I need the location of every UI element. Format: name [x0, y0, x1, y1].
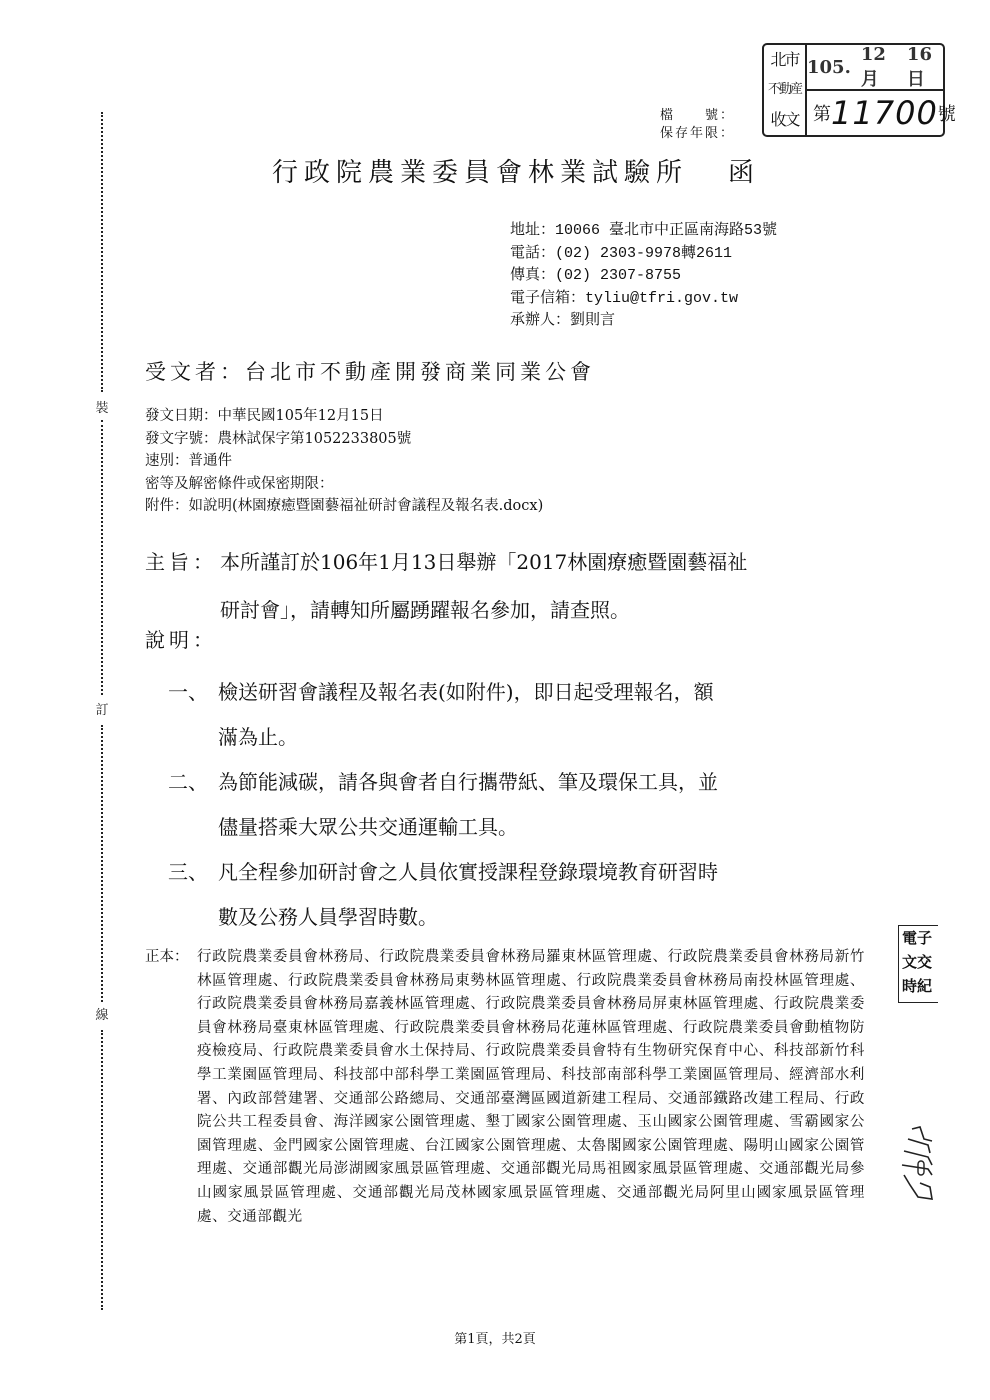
subject-line2: 研討會」，請轉知所屬踴躍報名參加，請查照。 — [145, 586, 865, 634]
electronic-doc-stamp: 電子 文交 時紀 — [898, 925, 938, 1003]
list-item: 一、檢送研習會議程及報名表(如附件)，即日起受理報名，額 滿為止。 — [168, 670, 868, 760]
stamp-date: 105. 12月 16日 — [807, 45, 943, 91]
document-type: 函 — [728, 158, 760, 188]
binding-char-zhuang: 裝 — [88, 397, 116, 416]
stamp-number-value: 11700 — [831, 94, 938, 132]
seal-icon — [898, 1125, 938, 1205]
item-number: 三、 — [168, 850, 218, 895]
attachment: 附件：如說明(林園療癒暨園藝福祉研討會議程及報名表.docx) — [145, 495, 543, 518]
stamp-organization: 北市 不動産 收文 — [764, 45, 807, 135]
subject-section: 主旨：本所謹訂於106年1月13日舉辦「2017林園療癒暨園藝福祉 研討會」，請… — [145, 538, 865, 634]
copies-label: 正本： — [145, 946, 197, 970]
stamp-receipt-number: 第 11700 號 — [807, 91, 943, 135]
receipt-stamp: 北市 不動産 收文 105. 12月 16日 第 11700 號 — [762, 43, 945, 137]
stamp-org-line1: 北市 — [764, 45, 805, 75]
issuing-agency: 行政院農業委員會林業試驗所 — [272, 158, 688, 188]
list-item: 二、為節能減碳，請各與會者自行攜帶紙、筆及環保工具，並 儘量搭乘大眾公共交通運輸… — [168, 760, 868, 850]
file-number-label: 檔 號： — [660, 104, 735, 123]
binding-line — [101, 112, 103, 392]
contact-email[interactable]: 電子信箱：tyliu@tfri.gov.tw — [510, 288, 777, 311]
edge-stamp-char: 電 — [902, 929, 917, 947]
stamp-date-year: 105. — [807, 57, 851, 78]
explanation-label: 說明： — [145, 624, 217, 653]
item-line2: 儘量搭乘大眾公共交通運輸工具。 — [168, 805, 868, 850]
delivery-speed: 速別：普通件 — [145, 450, 543, 473]
subject-label: 主旨： — [145, 538, 220, 586]
stamp-number-suffix: 號 — [938, 100, 956, 126]
item-line1: 為節能減碳，請各與會者自行攜帶紙、筆及環保工具，並 — [218, 770, 718, 794]
contact-phone: 電話：(02) 2303-9978轉2611 — [510, 243, 777, 266]
subject-line1: 本所謹訂於106年1月13日舉辦「2017林園療癒暨園藝福祉 — [220, 550, 747, 574]
recipient-name: 台北市不動產開發商業同業公會 — [245, 360, 595, 384]
copies-list: 行政院農業委員會林務局、行政院農業委員會林務局羅東林區管理處、行政院農業委員會林… — [197, 946, 865, 1229]
stamp-org-line3: 收文 — [764, 105, 805, 135]
contact-handler: 承辦人：劉則言 — [510, 310, 777, 333]
contact-info: 地址：10066 臺北市中正區南海路53號 電話：(02) 2303-9978轉… — [510, 220, 777, 333]
stamp-number-prefix: 第 — [813, 100, 831, 126]
edge-stamp-char: 紀 — [917, 977, 932, 995]
recipient: 受文者：台北市不動產開發商業同業公會 — [145, 356, 595, 386]
binding-char-xian: 線 — [88, 1004, 116, 1023]
stamp-date-month: 12月 — [861, 44, 897, 91]
document-meta: 發文日期：中華民國105年12月15日 發文字號：農林試保字第105223380… — [145, 405, 543, 518]
item-line1: 凡全程參加研討會之人員依實授課程登錄環境教育研習時 — [218, 860, 718, 884]
document-title: 行政院農業委員會林業試驗所函 — [272, 152, 760, 189]
security-level: 密等及解密條件或保密期限： — [145, 473, 543, 496]
edge-stamp-char: 時 — [902, 977, 917, 995]
list-item: 三、凡全程參加研討會之人員依實授課程登錄環境教育研習時 數及公務人員學習時數。 — [168, 850, 868, 940]
binding-char-ding: 訂 — [88, 699, 116, 718]
document-number: 發文字號：農林試保字第1052233805號 — [145, 428, 543, 451]
page-indicator: 第1頁，共2頁 — [0, 1328, 990, 1347]
issue-date: 發文日期：中華民國105年12月15日 — [145, 405, 543, 428]
copies-section: 正本： 行政院農業委員會林務局、行政院農業委員會林務局羅東林區管理處、行政院農業… — [145, 946, 865, 1229]
item-line2: 滿為止。 — [168, 715, 868, 760]
item-line2: 數及公務人員學習時數。 — [168, 895, 868, 940]
edge-stamp-char: 文 — [902, 953, 917, 971]
binding-line — [101, 1030, 103, 1310]
item-number: 一、 — [168, 670, 218, 715]
binding-line — [101, 420, 103, 695]
edge-stamp-char: 交 — [917, 953, 932, 971]
edge-stamp-char: 子 — [917, 929, 932, 947]
contact-address: 地址：10066 臺北市中正區南海路53號 — [510, 220, 777, 243]
recipient-label: 受文者： — [145, 360, 245, 384]
explanation-list: 一、檢送研習會議程及報名表(如附件)，即日起受理報名，額 滿為止。 二、為節能減… — [168, 670, 868, 940]
retention-period-label: 保存年限： — [660, 122, 735, 141]
binding-line — [101, 725, 103, 1002]
stamp-org-line2: 不動産 — [764, 75, 805, 105]
stamp-date-day: 16日 — [907, 44, 943, 91]
item-number: 二、 — [168, 760, 218, 805]
contact-fax: 傳真：(02) 2307-8755 — [510, 265, 777, 288]
item-line1: 檢送研習會議程及報名表(如附件)，即日起受理報名，額 — [218, 680, 714, 704]
